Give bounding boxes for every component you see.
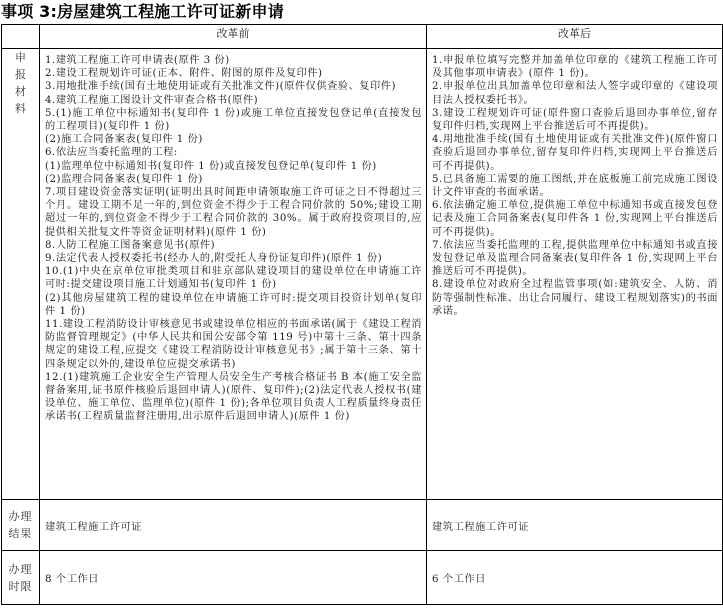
- header-before-reform: 改革前: [40, 25, 427, 49]
- result-after-text: 建筑工程施工许可证: [427, 518, 722, 533]
- list-item: 4.建筑工程施工图设计文件审查合格书(原件): [45, 94, 422, 107]
- list-item: 7.项目建设资金落实证明(证明出具时间距申请领取施工许可证之日不得超过三个月。建…: [45, 186, 422, 239]
- table-row-time-limit: 办理时限 8 个工作日 6 个工作日: [2, 551, 723, 605]
- list-item: 8.人防工程施工图备案意见书(原件): [45, 239, 422, 252]
- row-label-materials-text: 申报材料: [15, 49, 26, 117]
- result-after-cell: 建筑工程施工许可证: [427, 500, 723, 551]
- list-item: (1)监理单位中标通知书(复印件 1 份)或直接发包登记单(复印件 1 份): [45, 160, 422, 173]
- row-label-time-limit-text: 办理时限: [9, 561, 33, 595]
- result-before-text: 建筑工程施工许可证: [40, 518, 426, 533]
- document-title: 事项 3:房屋建筑工程施工许可证新申请: [1, 1, 284, 23]
- materials-after-cell: 1.申报单位填写完整并加盖单位印章的《建筑工程施工许可及其他事项申请表》(原件 …: [427, 49, 723, 500]
- list-item: 5.(1)施工单位中标通知书(复印件 1 份)或施工单位直接发包登记单(直接发包…: [45, 107, 422, 133]
- list-item: 6.依法确定施工单位,提供施工单位中标通知书或直接发包登记表及施工合同备案表(复…: [432, 199, 718, 239]
- list-item: 3.用地批准手续(国有土地使用证或有关批准文件)(原件仅供查验、复印件): [45, 80, 422, 93]
- materials-after-list: 1.申报单位填写完整并加盖单位印章的《建筑工程施工许可及其他事项申请表》(原件 …: [427, 49, 722, 321]
- list-item: 2.申报单位出具加盖单位印章和法人签字或印章的《建设项目法人授权委托书》。: [432, 80, 718, 106]
- header-label-cell: [2, 25, 40, 49]
- list-item: (2)施工合同备案表(复印件 1 份): [45, 133, 422, 146]
- list-item: 11.建设工程消防设计审核意见书或建设单位相应的书面承诺(属于《建设工程消防监督…: [45, 318, 422, 371]
- row-label-result-text: 办理结果: [9, 508, 33, 542]
- time-limit-before-cell: 8 个工作日: [40, 551, 427, 605]
- list-item: 1.建筑工程施工许可申请表(原件 3 份): [45, 54, 422, 67]
- list-item: 8.建设单位对政府全过程监管事项(如:建筑安全、人防、消防等强制性标准、出让合同…: [432, 278, 718, 318]
- list-item: 3.建设工程规划许可证(原件窗口查验后退回办事单位,留存复印件归档,实现网上平台…: [432, 107, 718, 133]
- list-item: 5.已具备施工需要的施工图纸,并在底板施工前完成施工图设计文件审查的书面承诺。: [432, 173, 718, 199]
- row-label-time-limit: 办理时限: [2, 551, 40, 605]
- reform-comparison-table: 改革前 改革后 申报材料 1.建筑工程施工许可申请表(原件 3 份) 2.建设工…: [1, 24, 723, 605]
- list-item: 6.依法应当委托监理的工程:: [45, 146, 422, 159]
- time-limit-after-text: 6 个工作日: [427, 570, 722, 585]
- time-limit-after-cell: 6 个工作日: [427, 551, 723, 605]
- list-item: 7.依法应当委托监理的工程,提供监理单位中标通知书或直接发包登记单及监理合同备案…: [432, 239, 718, 279]
- list-item: (2)监理合同备案表(复印件 1 份): [45, 173, 422, 186]
- header-row: 改革前 改革后: [2, 25, 723, 49]
- list-item: 10.(1)中央在京单位审批类项目和驻京部队建设项目的建设单位在申请施工许可时:…: [45, 265, 422, 291]
- row-label-materials: 申报材料: [2, 49, 40, 500]
- list-item: 9.法定代表人授权委托书(经办人的,附受托人身份证复印件)(原件 1 份): [45, 252, 422, 265]
- list-item: 12.(1)建筑施工企业安全生产管理人员安全生产考核合格证书 B 本(施工安全监…: [45, 371, 422, 424]
- materials-before-list: 1.建筑工程施工许可申请表(原件 3 份) 2.建设工程规划许可证(正本、附件、…: [40, 49, 426, 427]
- time-limit-before-text: 8 个工作日: [40, 570, 426, 585]
- result-before-cell: 建筑工程施工许可证: [40, 500, 427, 551]
- list-item: 4.用地批准手续(国有土地使用证或有关批准文件)(原件窗口查验后退回办事单位,留…: [432, 133, 718, 173]
- materials-before-cell: 1.建筑工程施工许可申请表(原件 3 份) 2.建设工程规划许可证(正本、附件、…: [40, 49, 427, 500]
- table-row-result: 办理结果 建筑工程施工许可证 建筑工程施工许可证: [2, 500, 723, 551]
- list-item: 1.申报单位填写完整并加盖单位印章的《建筑工程施工许可及其他事项申请表》(原件 …: [432, 54, 718, 80]
- table-row-materials: 申报材料 1.建筑工程施工许可申请表(原件 3 份) 2.建设工程规划许可证(正…: [2, 49, 723, 500]
- list-item: 2.建设工程规划许可证(正本、附件、附图的原件及复印件): [45, 67, 422, 80]
- row-label-result: 办理结果: [2, 500, 40, 551]
- list-item: (2)其他房屋建筑工程的建设单位在申请施工许可时:提交项目投资计划单(复印件 1…: [45, 292, 422, 318]
- header-after-reform: 改革后: [427, 25, 723, 49]
